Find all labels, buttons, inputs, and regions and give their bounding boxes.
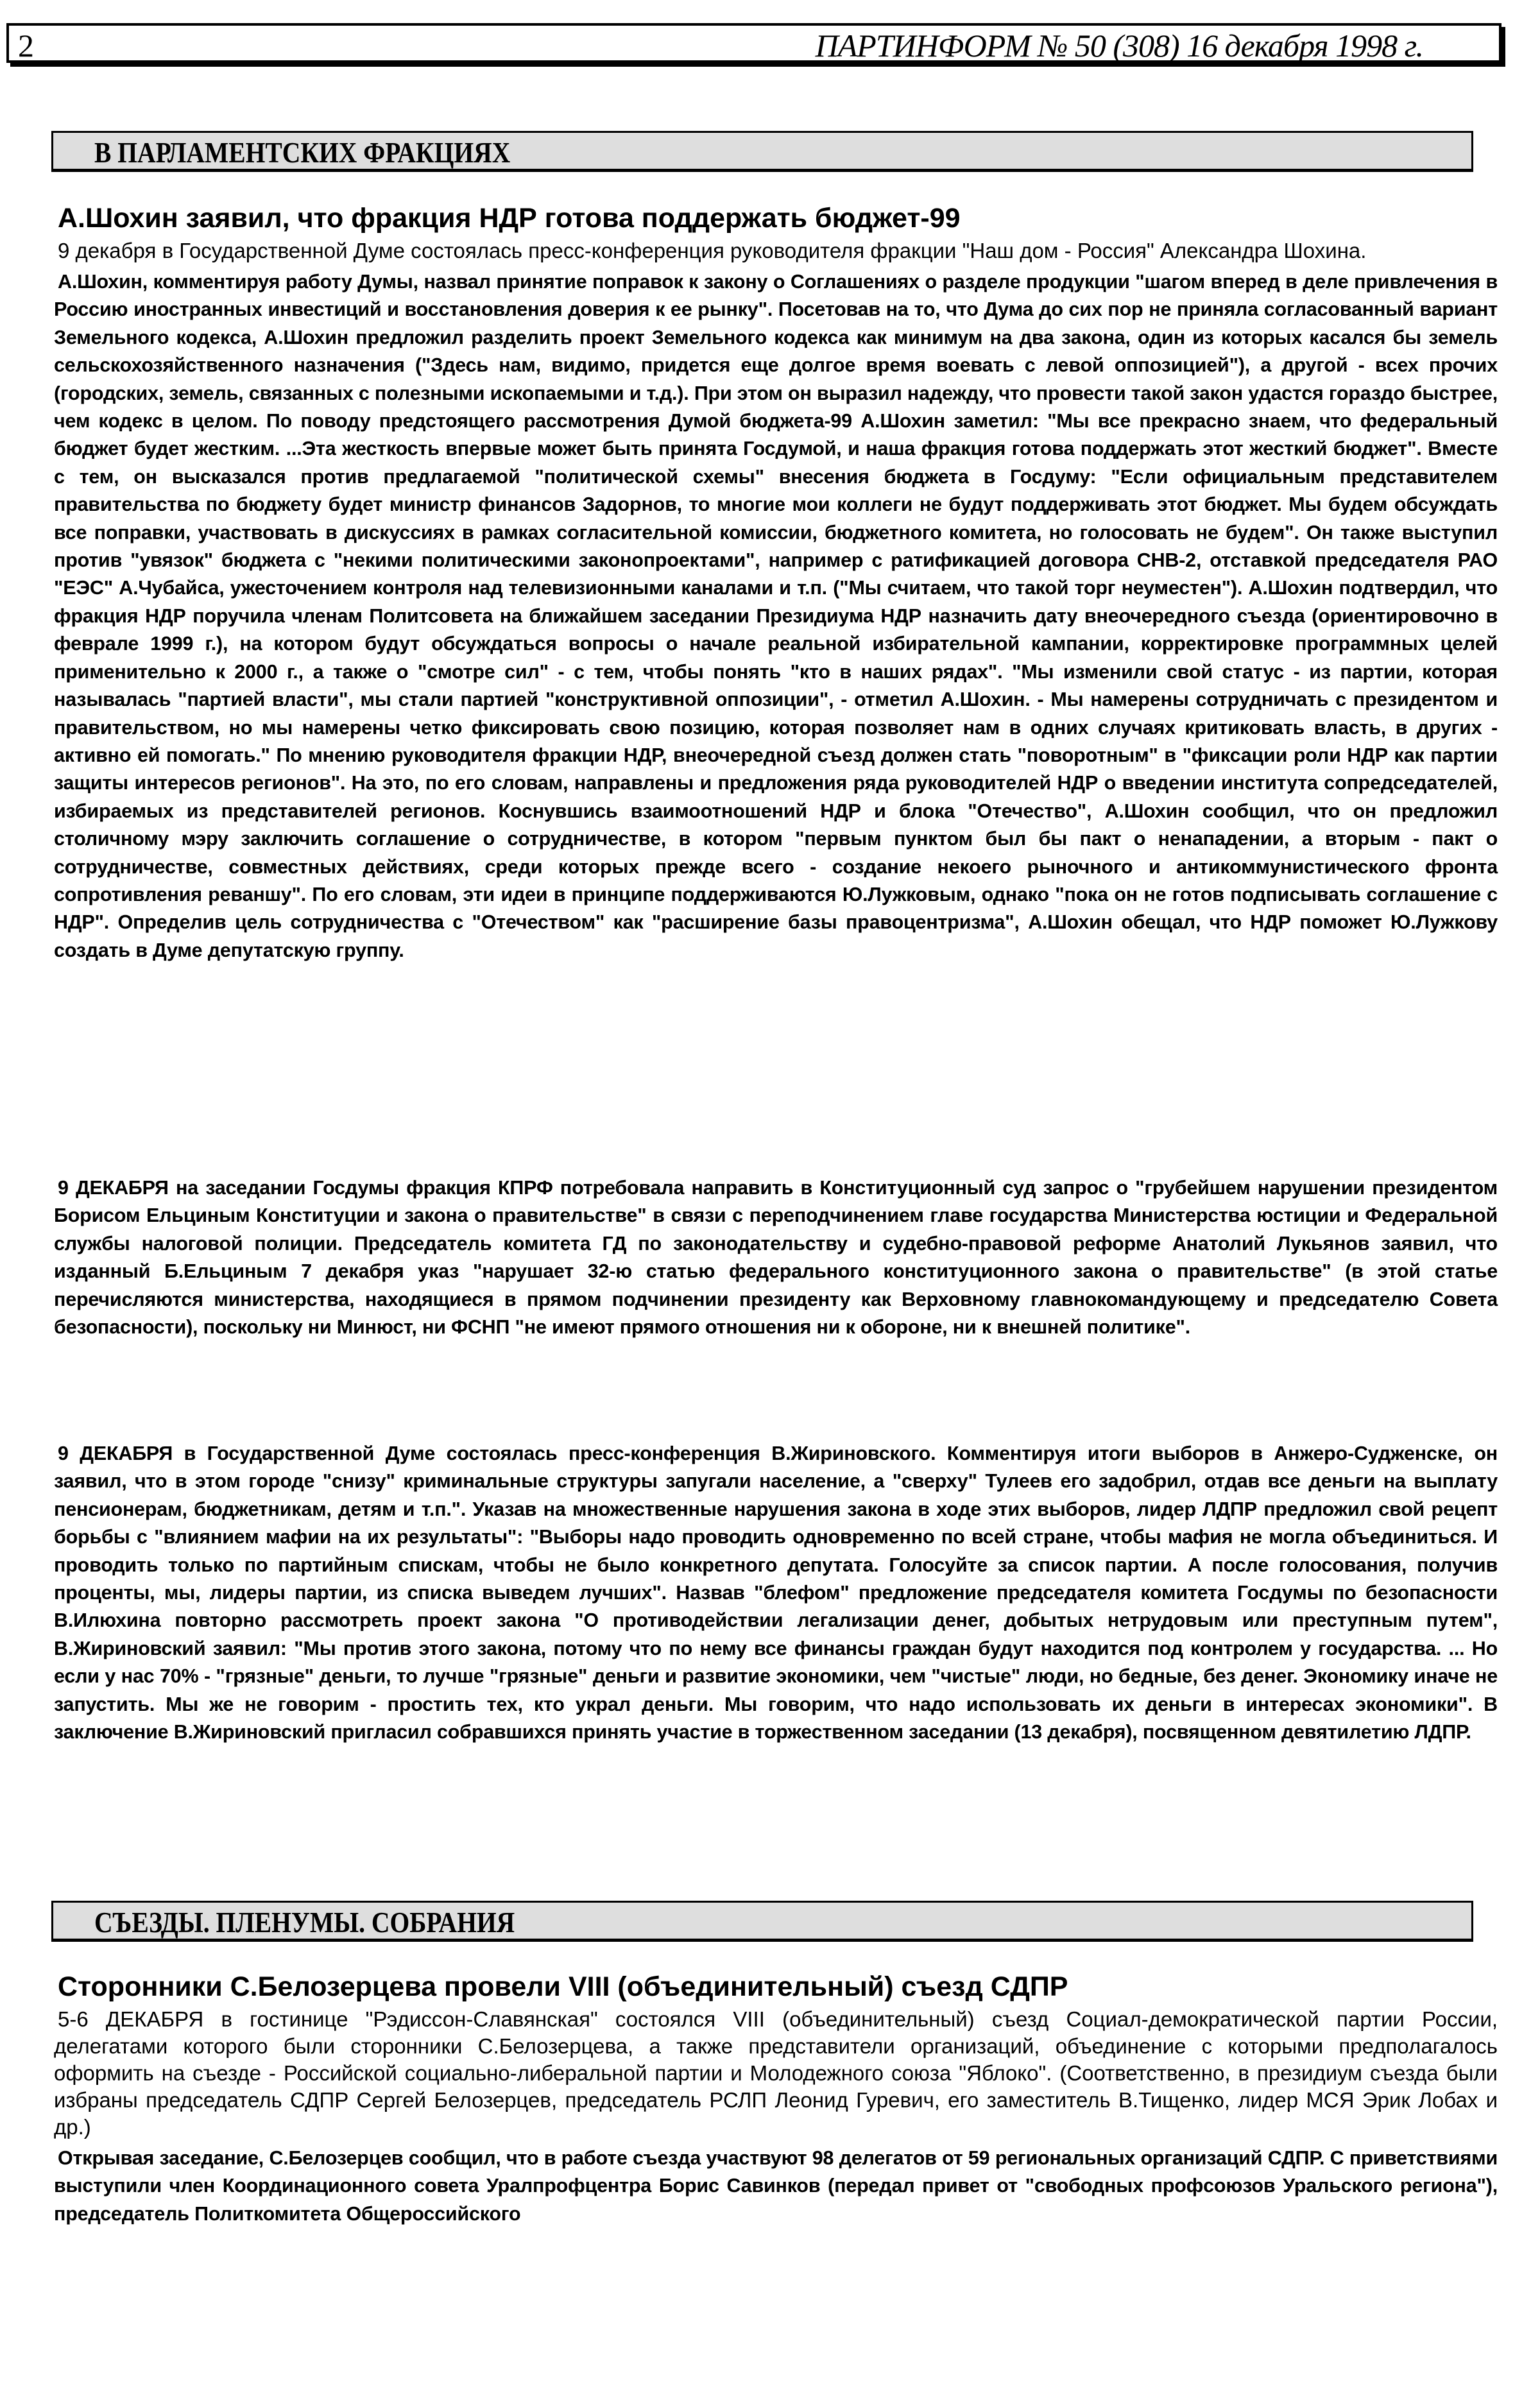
section-title: В ПАРЛАМЕНТСКИХ ФРАКЦИЯХ (94, 137, 510, 169)
article-body: 9 ДЕКАБРЯ на заседании Госдумы фракция К… (54, 1174, 1498, 1341)
section-banner-congresses: СЪЕЗДЫ. ПЛЕНУМЫ. СОБРАНИЯ (51, 1901, 1473, 1942)
page-header: 2 ПАРТИНФОРМ № 50 (308) 16 декабря 1998 … (6, 23, 1502, 63)
section-title: СЪЕЗДЫ. ПЛЕНУМЫ. СОБРАНИЯ (94, 1906, 515, 1939)
page-number: 2 (18, 28, 34, 63)
article-sdpr-congress: Сторонники С.Белозерцева провели VIII (о… (54, 1970, 1498, 2228)
article-body: Открывая заседание, С.Белозерцев сообщил… (54, 2145, 1498, 2228)
article-body: 9 ДЕКАБРЯ в Государственной Думе состоял… (54, 1440, 1498, 1746)
article-shokhin: А.Шохин заявил, что фракция НДР готова п… (54, 201, 1498, 964)
article-zhirinovsky: 9 ДЕКАБРЯ в Государственной Думе состоял… (54, 1440, 1498, 1746)
issue-info: ПАРТИНФОРМ № 50 (308) 16 декабря 1998 г. (816, 28, 1423, 63)
article-headline: А.Шохин заявил, что фракция НДР готова п… (58, 201, 1498, 235)
section-banner-parliamentary-factions: В ПАРЛАМЕНТСКИХ ФРАКЦИЯХ (51, 131, 1473, 172)
article-body: А.Шохин, комментируя работу Думы, назвал… (54, 268, 1498, 964)
article-lead: 9 декабря в Государственной Думе состоял… (54, 237, 1498, 264)
article-kprf: 9 ДЕКАБРЯ на заседании Госдумы фракция К… (54, 1174, 1498, 1341)
article-headline: Сторонники С.Белозерцева провели VIII (о… (58, 1970, 1498, 2003)
article-lead: 5-6 ДЕКАБРЯ в гостинице "Рэдиссон-Славян… (54, 2006, 1498, 2141)
